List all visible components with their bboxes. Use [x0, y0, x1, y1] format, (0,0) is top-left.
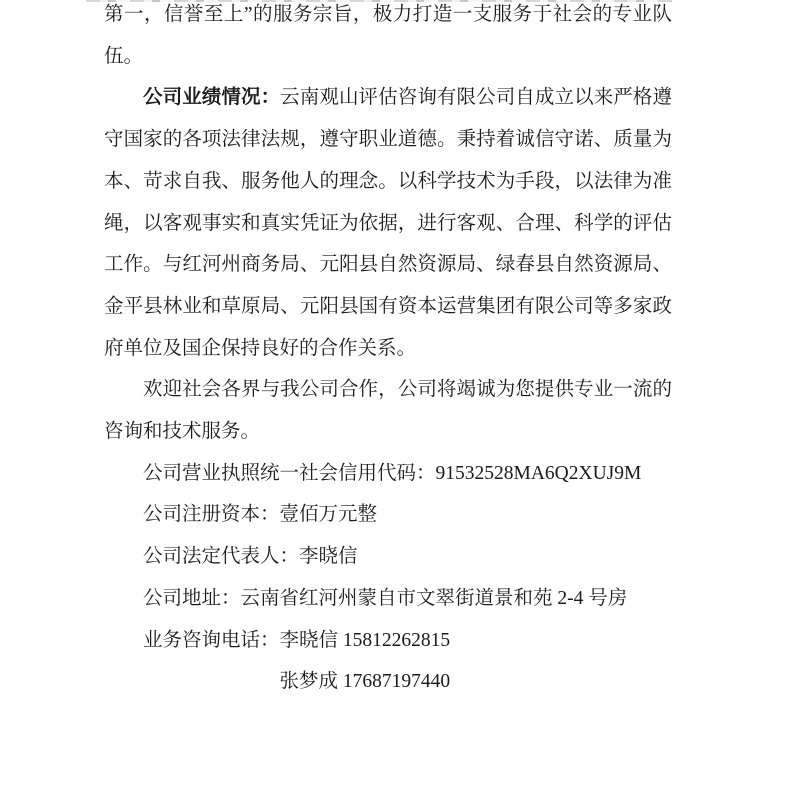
company-performance-heading: 公司业绩情况：: [143, 87, 280, 108]
paragraph-legal-representative: 公司法定代表人：李晓信: [104, 536, 672, 578]
paragraph-consult-phone-1: 业务咨询电话：李晓信 15812262815: [104, 620, 672, 662]
paragraph-welcome-cooperation: 欢迎社会各界与我公司合作，公司将竭诚为您提供专业一流的咨询和技术服务。: [104, 369, 672, 452]
paragraph-company-performance: 公司业绩情况：云南观山评估咨询有限公司自成立以来严格遵守国家的各项法律法规，遵守…: [104, 77, 672, 369]
company-performance-body: 云南观山评估咨询有限公司自成立以来严格遵守国家的各项法律法规，遵守职业道德。秉持…: [104, 87, 672, 358]
document-page: 第一，信誉至上”的服务宗旨，极力打造一支服务于社会的专业队伍。 公司业绩情况：云…: [0, 0, 786, 794]
paragraph-credit-code: 公司营业执照统一社会信用代码：91532528MA6Q2XUJ9M: [104, 453, 672, 495]
paragraph-company-address: 公司地址：云南省红河州蒙自市文翠街道景和苑 2-4 号房: [104, 578, 672, 620]
paragraph-service-motto: 第一，信誉至上”的服务宗旨，极力打造一支服务于社会的专业队伍。: [104, 0, 672, 77]
document-body: 第一，信誉至上”的服务宗旨，极力打造一支服务于社会的专业队伍。 公司业绩情况：云…: [104, 0, 672, 703]
paragraph-consult-phone-2: 张梦成 17687197440: [104, 661, 672, 703]
paragraph-registered-capital: 公司注册资本：壹佰万元整: [104, 494, 672, 536]
